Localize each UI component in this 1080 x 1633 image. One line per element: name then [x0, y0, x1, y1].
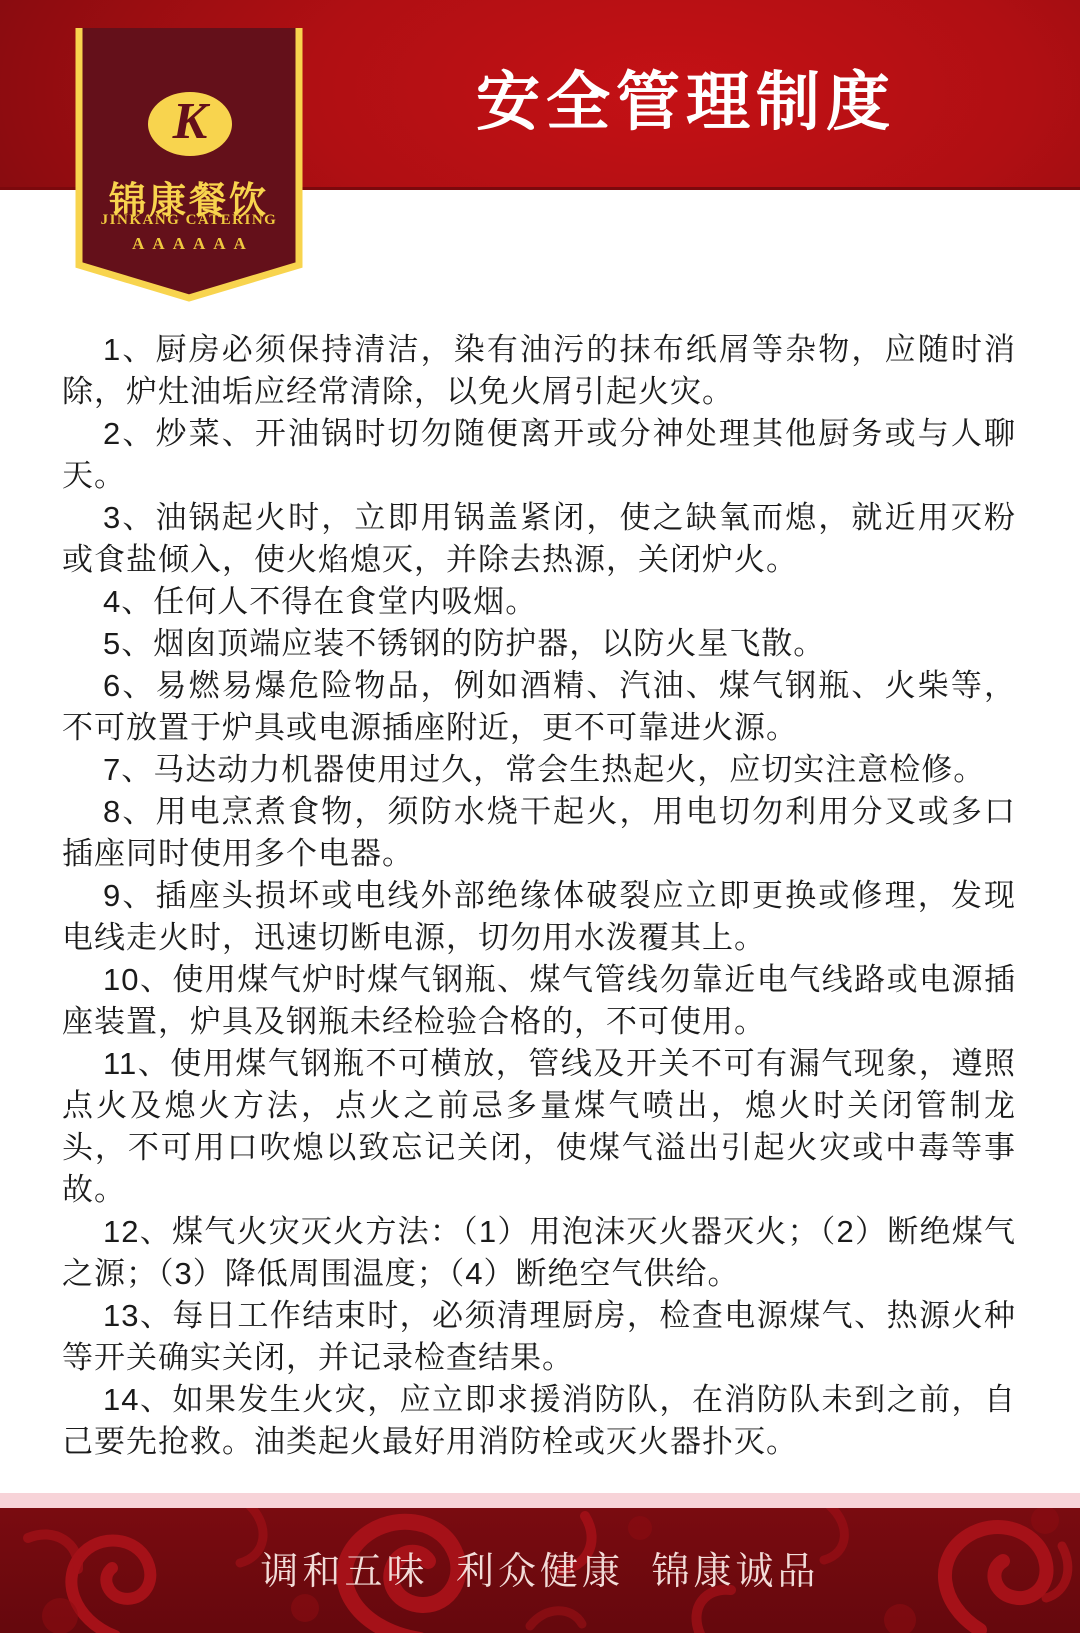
brand-logo-icon: K: [148, 92, 232, 156]
rule-item-9: 9、插座头损坏或电线外部绝缘体破裂应立即更换或修理，发现电线走火时，迅速切断电源…: [62, 875, 1016, 959]
rule-item-3: 3、油锅起火时，立即用锅盖紧闭，使之缺氧而熄，就近用灭粉或食盐倾入，使火焰熄灭，…: [62, 497, 1016, 581]
rule-item-14: 14、如果发生火灾，应立即求援消防队，在消防队未到之前，自己要先抢救。油类起火最…: [62, 1379, 1016, 1463]
rule-item-1: 1、厨房必须保持清洁，染有油污的抹布纸屑等杂物，应随时消除，炉灶油垢应经常清除，…: [62, 329, 1016, 413]
rule-item-13: 13、每日工作结束时，必须清理厨房，检查电源煤气、热源火种等开关确实关闭，并记录…: [62, 1295, 1016, 1379]
safety-rules-poster: 安全管理制度 K 锦康餐饮 JINKANG CATERING AAAAAA 1、…: [0, 0, 1080, 1633]
footer-banner: 调和五味 利众健康 锦康诚品: [0, 1508, 1080, 1633]
rule-item-5: 5、烟囱顶端应装不锈钢的防护器，以防火星飞散。: [62, 623, 1016, 665]
rule-item-2: 2、炒菜、开油锅时切勿随便离开或分神处理其他厨务或与人聊天。: [62, 413, 1016, 497]
poster-title: 安全管理制度: [302, 66, 1070, 140]
divider-strip: [0, 1493, 1080, 1508]
rule-item-7: 7、马达动力机器使用过久，常会生热起火，应切实注意检修。: [62, 749, 1016, 791]
rule-item-12: 12、煤气火灾灭火方法：（1）用泡沫灭火器灭火；（2）断绝煤气之源；（3）降低周…: [62, 1211, 1016, 1295]
brand-badge: K 锦康餐饮 JINKANG CATERING AAAAAA: [75, 28, 303, 303]
rule-item-11: 11、使用煤气钢瓶不可横放，管线及开关不可有漏气现象，遵照点火及熄火方法，点火之…: [62, 1043, 1016, 1211]
footer-slogan: 调和五味 利众健康 锦康诚品: [0, 1540, 1080, 1595]
brand-rating-text: AAAAAA: [75, 234, 303, 254]
rule-item-6: 6、易燃易爆危险物品，例如酒精、汽油、煤气钢瓶、火柴等，不可放置于炉具或电源插座…: [62, 665, 1016, 749]
brand-logo-letter: K: [173, 96, 208, 148]
rules-list: 1、厨房必须保持清洁，染有油污的抹布纸屑等杂物，应随时消除，炉灶油垢应经常清除，…: [62, 329, 1016, 1463]
rule-item-10: 10、使用煤气炉时煤气钢瓶、煤气管线勿靠近电气线路或电源插座装置，炉具及钢瓶未经…: [62, 959, 1016, 1043]
brand-name-en: JINKANG CATERING: [75, 212, 303, 229]
rule-item-8: 8、用电烹煮食物，须防水烧干起火，用电切勿利用分叉或多口插座同时使用多个电器。: [62, 791, 1016, 875]
rule-item-4: 4、任何人不得在食堂内吸烟。: [62, 581, 1016, 623]
